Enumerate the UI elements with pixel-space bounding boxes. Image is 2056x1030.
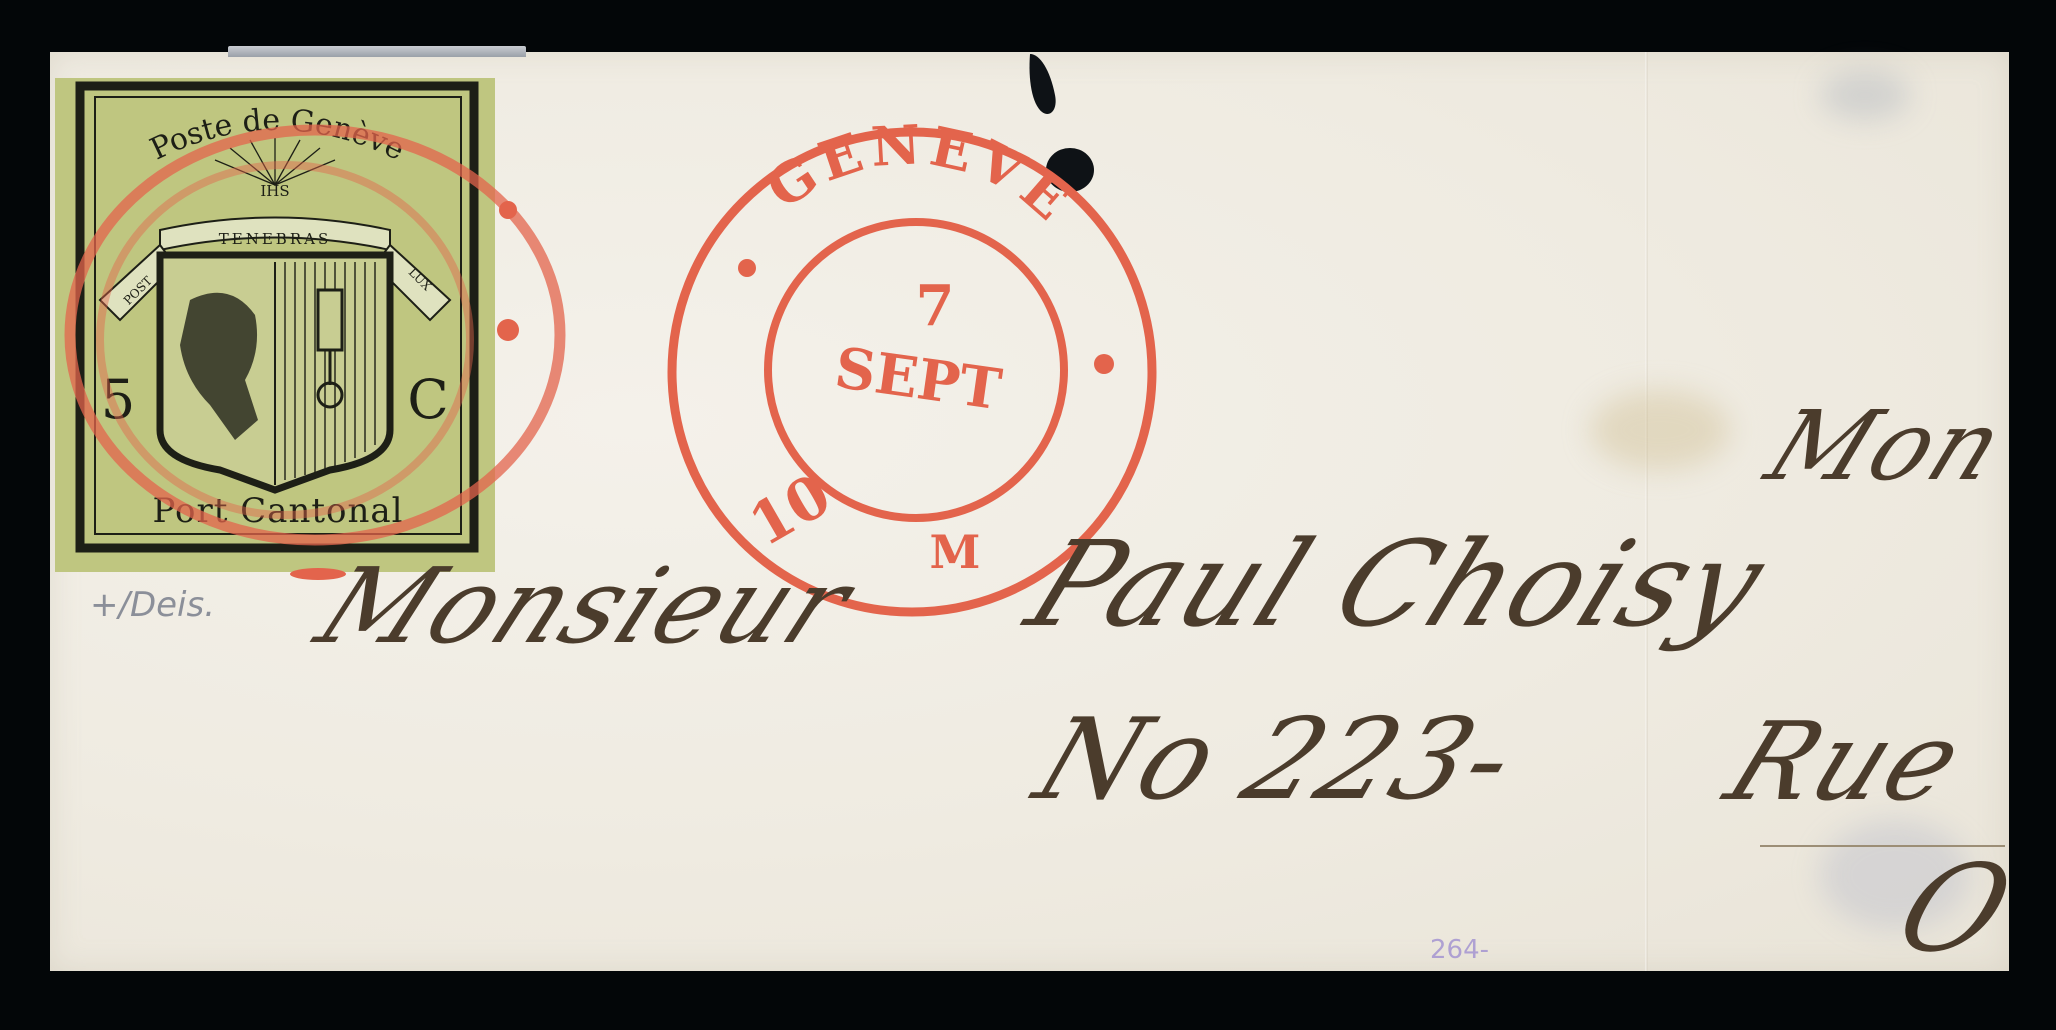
purple-number-mark: 264- bbox=[1430, 935, 1489, 965]
postmark-town: GENEVE bbox=[755, 112, 1086, 236]
pencil-annotation: +/Deis. bbox=[90, 585, 215, 625]
address-name: Paul Choisy bbox=[1010, 515, 1786, 653]
stamp-value-right: C bbox=[407, 368, 448, 431]
postmark-day: 7 bbox=[916, 273, 955, 339]
postmark-month: SEPT bbox=[831, 335, 1006, 424]
stamp-monogram: IHS bbox=[260, 182, 289, 200]
address-salutation: Monsieur bbox=[300, 545, 871, 667]
postmark-period: M bbox=[930, 525, 981, 579]
stamp-ribbon-top: TENEBRAS bbox=[219, 230, 331, 248]
address-number: No 223- bbox=[1020, 695, 1534, 825]
address-line-1-right: Mon bbox=[1752, 390, 2021, 502]
